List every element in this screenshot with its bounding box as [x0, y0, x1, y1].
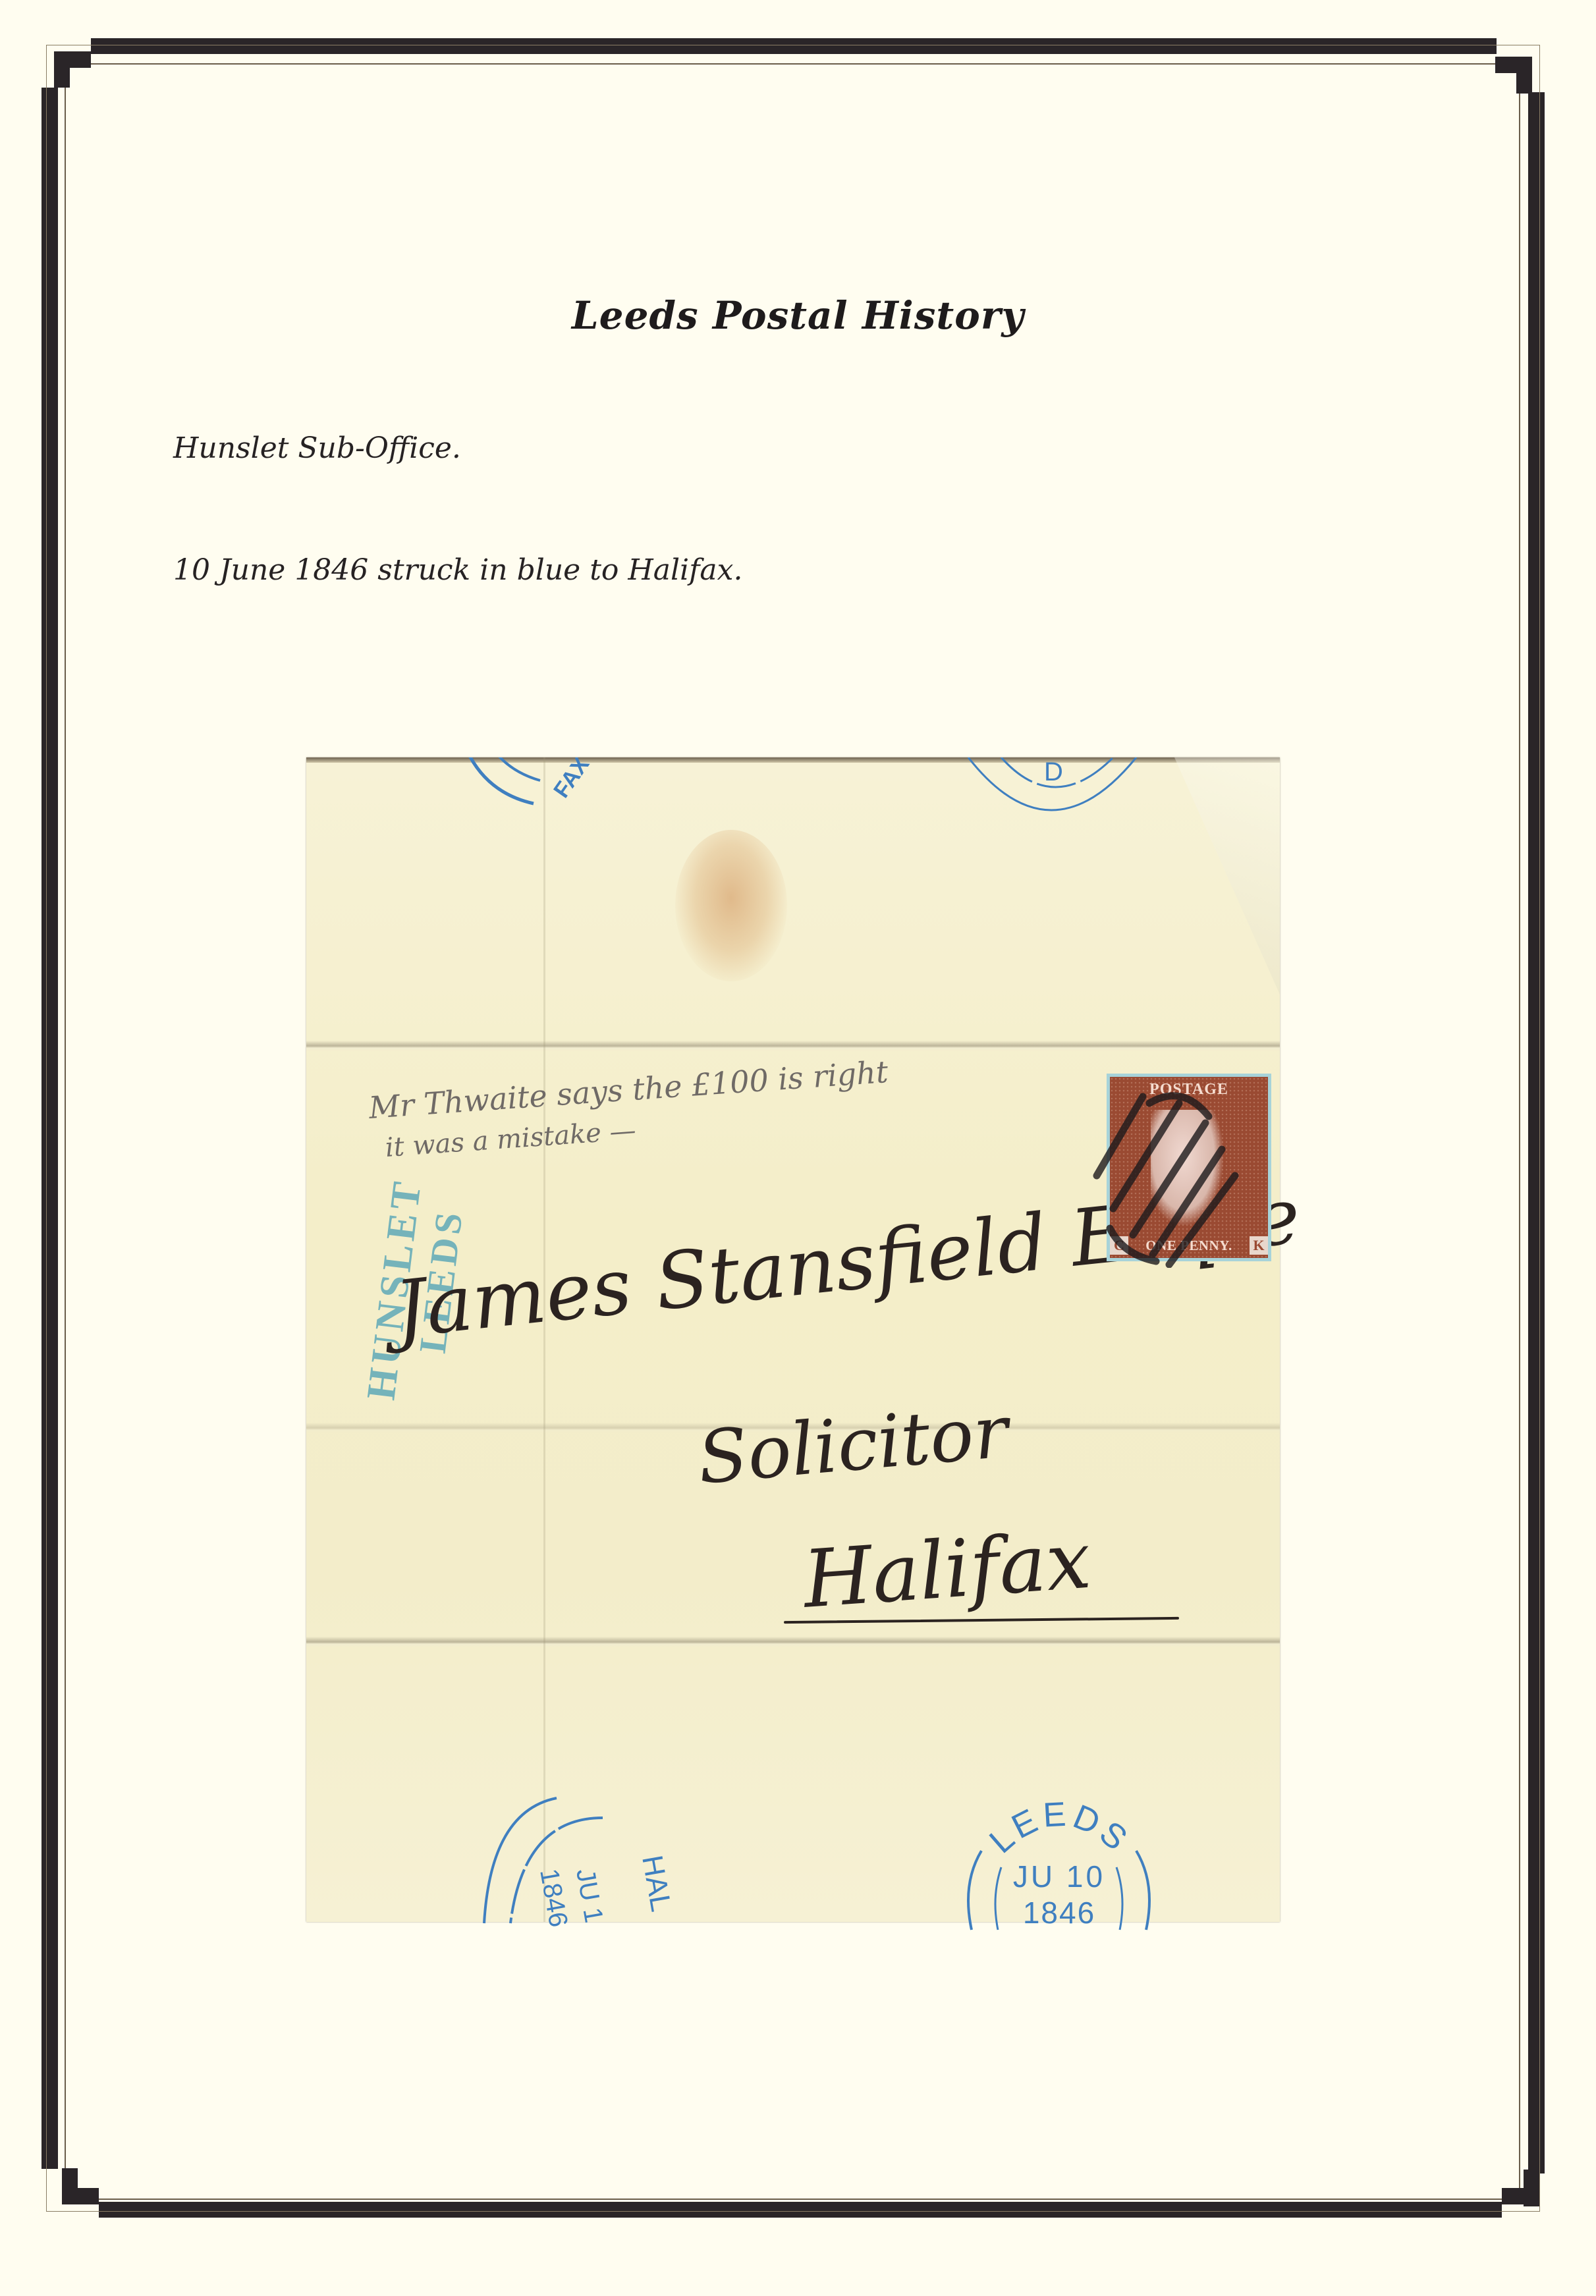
- postmark-leeds: LEEDS JU 10 1846: [949, 1785, 1159, 1932]
- postmark-town: HAL: [636, 1853, 677, 1914]
- postmark-text: FAX: [549, 757, 594, 802]
- cover-corner-flap: [1174, 757, 1280, 995]
- postmark-halifax-bottom: JU 1 1846 HAL: [478, 1791, 688, 1926]
- fold-line: [306, 1637, 1280, 1647]
- postmark-halifax-top: FAX: [454, 757, 586, 813]
- numeral-cancel-icon: [1070, 1077, 1288, 1268]
- postmark-date: JU 10: [1013, 1859, 1105, 1894]
- page-title: Leeds Postal History: [0, 293, 1596, 338]
- postmark-text: D: [1044, 757, 1063, 786]
- postmark-town: LEEDS: [982, 1795, 1137, 1861]
- caption-date: 10 June 1846 struck in blue to Halifax.: [173, 553, 742, 587]
- corner-top-right-2: [1516, 57, 1532, 94]
- cover-stain: [675, 830, 787, 981]
- corner-top-left-2: [54, 51, 70, 88]
- corner-bottom-right-2: [1502, 2188, 1539, 2204]
- corner-bottom-left-2: [62, 2188, 99, 2204]
- postmark-year: 1846: [1023, 1896, 1095, 1930]
- svg-text:LEEDS: LEEDS: [982, 1795, 1137, 1861]
- caption-office: Hunslet Sub-Office.: [173, 431, 461, 465]
- postmark-year: 1846: [534, 1867, 573, 1929]
- fold-line: [306, 1041, 1280, 1051]
- penny-red-stamp: POSTAGE C ONE PENNY. K: [1107, 1074, 1271, 1261]
- postmark-top-right: D: [965, 757, 1143, 826]
- postmark-date: JU 1: [570, 1867, 609, 1925]
